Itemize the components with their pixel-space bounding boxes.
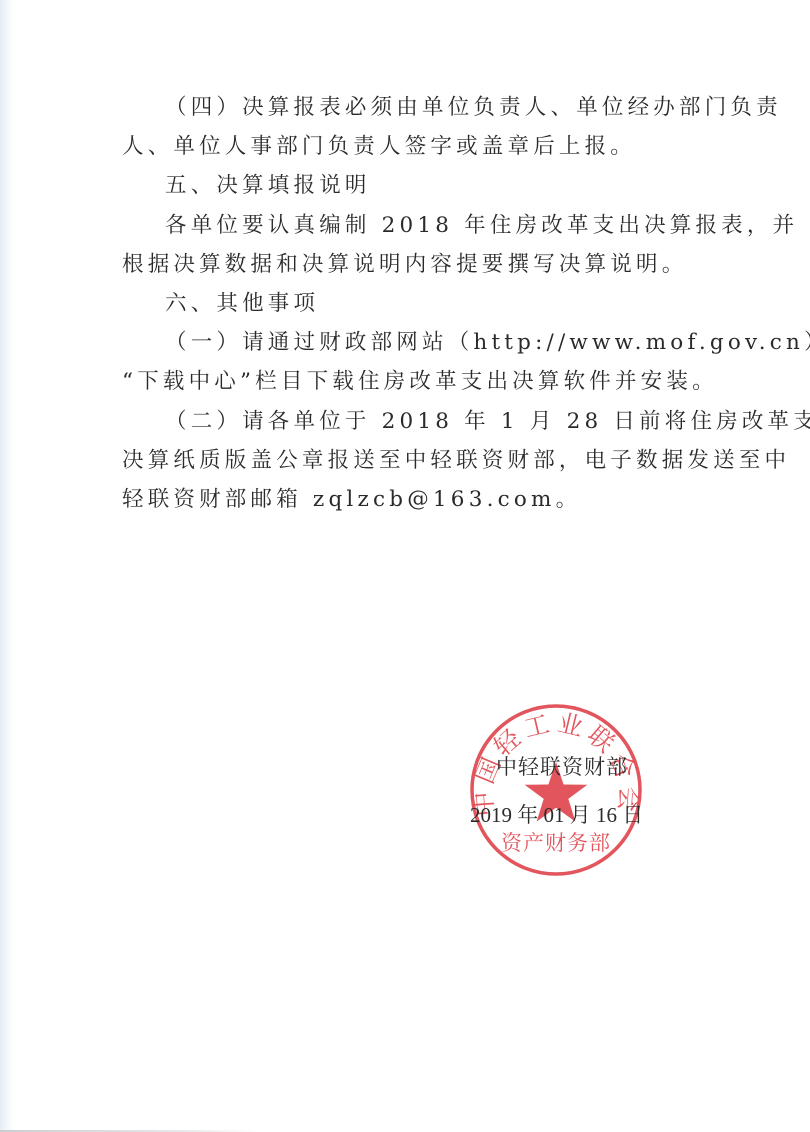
section-heading-5: 五、决算填报说明 <box>122 166 682 205</box>
signature-organization: 中轻联资财部 <box>470 752 690 782</box>
document-body: （四）决算报表必须由单位负责人、单位经办部门负责 人、单位人事部门负责人签字或盖… <box>122 88 682 519</box>
section-heading: 六、其他事项 <box>122 284 682 323</box>
text-line: 决算纸质版盖公章报送至中轻联资财部，电子数据发送至中 <box>122 441 682 480</box>
section-heading-6: 六、其他事项 <box>122 284 682 323</box>
text-line: 根据决算数据和决算说明内容提要撰写决算说明。 <box>122 245 682 284</box>
paragraph-section-5: 各单位要认真编制 2018 年住房改革支出决算报表，并 根据决算数据和决算说明内… <box>122 206 682 284</box>
text-line: 各单位要认真编制 2018 年住房改革支出决算报表，并 <box>122 206 682 245</box>
signature-date: 2019 年 01 月 16 日 <box>470 800 690 830</box>
text-line: （二）请各单位于 2018 年 1 月 28 日前将住房改革支出 <box>122 402 682 441</box>
section-heading: 五、决算填报说明 <box>122 166 682 205</box>
paragraph-section-6-item-1: （一）请通过财政部网站（http://www.mof.gov.cn） “下载中心… <box>122 323 682 401</box>
seal-bottom-text: 资产财务部 <box>501 831 611 855</box>
text-line-with-url: （一）请通过财政部网站（http://www.mof.gov.cn） <box>122 323 682 362</box>
paragraph-section-6-item-2: （二）请各单位于 2018 年 1 月 28 日前将住房改革支出 决算纸质版盖公… <box>122 402 682 520</box>
scan-edge-shadow <box>0 0 14 1132</box>
text-line: “下载中心”栏目下载住房改革支出决算软件并安装。 <box>122 362 682 401</box>
text-line: （四）决算报表必须由单位负责人、单位经办部门负责 <box>122 88 682 127</box>
text-line: 人、单位人事部门负责人签字或盖章后上报。 <box>122 127 682 166</box>
paragraph-item-4: （四）决算报表必须由单位负责人、单位经办部门负责 人、单位人事部门负责人签字或盖… <box>122 88 682 166</box>
signature-block: 中轻联资财部 2019 年 01 月 16 日 <box>470 752 690 830</box>
text-line-with-email: 轻联资财部邮箱 zqlzcb@163.com。 <box>122 480 682 519</box>
